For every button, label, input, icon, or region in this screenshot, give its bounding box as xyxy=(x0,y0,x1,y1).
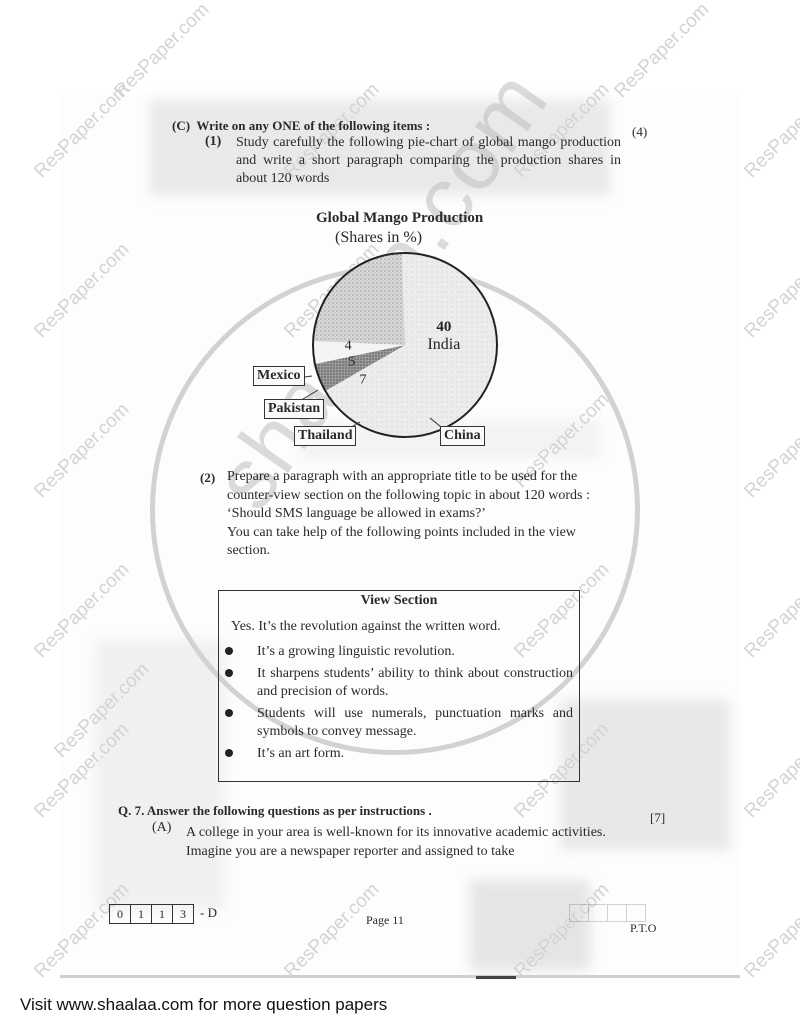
chart-subtitle: (Shares in %) xyxy=(335,229,422,247)
scan-edge-mark xyxy=(476,976,516,979)
watermark-text: ResPaper.com xyxy=(740,879,800,983)
pto-label: P.T.O xyxy=(630,921,656,936)
pie-slice xyxy=(313,253,405,345)
scan-edge xyxy=(60,975,740,978)
bullet-icon xyxy=(225,749,233,757)
pie-value-thailand: 7 xyxy=(359,373,366,388)
question7a-text: A college in your area is well-known for… xyxy=(186,823,606,861)
pie-inline-label-india: India xyxy=(427,336,460,353)
item2-help: You can take help of the following point… xyxy=(227,524,612,561)
view-section-intro: Yes. It’s the revolution against the wri… xyxy=(231,619,501,635)
page-number: Page 11 xyxy=(366,913,404,928)
pie-value-pakistan: 5 xyxy=(348,354,355,369)
paper-code: 0 1 1 3 xyxy=(110,904,194,924)
item1-text: Study carefully the following pie-chart … xyxy=(236,134,621,188)
view-section-box: View Section Yes. It’s the revolution ag… xyxy=(218,590,580,782)
watermark-text: ResPaper.com xyxy=(110,0,214,103)
item1-number: (1) xyxy=(205,134,221,150)
bullet-icon xyxy=(225,709,233,717)
watermark-text: ResPaper.com xyxy=(740,399,800,503)
view-point: It sharpens students’ ability to think a… xyxy=(225,665,573,701)
bullet-icon xyxy=(225,647,233,655)
view-point: It’s a growing linguistic revolution. xyxy=(225,643,573,661)
pie-label-pakistan: Pakistan xyxy=(264,399,324,419)
watermark-text: ResPaper.com xyxy=(740,79,800,183)
item2-body: Prepare a paragraph with an appropriate … xyxy=(227,468,612,561)
watermark-text: ResPaper.com xyxy=(610,0,714,103)
bullet-icon xyxy=(225,669,233,677)
item2-topic: ‘Should SMS language be allowed in exams… xyxy=(227,505,612,524)
scan-shade xyxy=(470,880,590,970)
pie-value-india: 40 xyxy=(436,319,451,335)
view-point: Students will use numerals, punctuation … xyxy=(225,705,573,741)
view-section-points: It’s a growing linguistic revolution. It… xyxy=(225,643,573,767)
question7a-label: (A) xyxy=(152,820,171,836)
question-c-text: Write on any ONE of the following items … xyxy=(196,118,430,133)
code-digit: 3 xyxy=(172,904,194,924)
view-point: It’s an art form. xyxy=(225,745,573,763)
pie-value-mexico: 4 xyxy=(345,339,352,354)
item2-text: Prepare a paragraph with an appropriate … xyxy=(227,468,612,505)
pie-label-china: China xyxy=(440,426,485,446)
item2-number: (2) xyxy=(200,470,215,486)
watermark-text: ResPaper.com xyxy=(740,719,800,823)
pie-label-thailand: Thailand xyxy=(294,426,356,446)
code-digit: 1 xyxy=(151,904,173,924)
code-digit: 1 xyxy=(130,904,152,924)
view-section-title: View Section xyxy=(219,593,579,609)
watermark-text: ResPaper.com xyxy=(740,239,800,343)
chart-title: Global Mango Production xyxy=(316,210,483,227)
watermark-text: ResPaper.com xyxy=(740,559,800,663)
paper-code-suffix: - D xyxy=(200,905,217,921)
question-c-label: (C) xyxy=(172,118,190,133)
site-footer-note[interactable]: Visit www.shaalaa.com for more question … xyxy=(20,995,387,1015)
question-c-marks: (4) xyxy=(632,124,647,140)
pie-label-mexico: Mexico xyxy=(253,366,305,386)
show-through-code xyxy=(570,904,646,922)
question7-marks: [7] xyxy=(650,810,665,826)
code-digit: 0 xyxy=(109,904,131,924)
pie-chart: 40India754 xyxy=(240,250,540,460)
scan-shade xyxy=(95,640,225,910)
question7-heading: Q. 7. Answer the following questions as … xyxy=(118,803,432,819)
question-c-heading: (C) Write on any ONE of the following it… xyxy=(172,118,430,134)
